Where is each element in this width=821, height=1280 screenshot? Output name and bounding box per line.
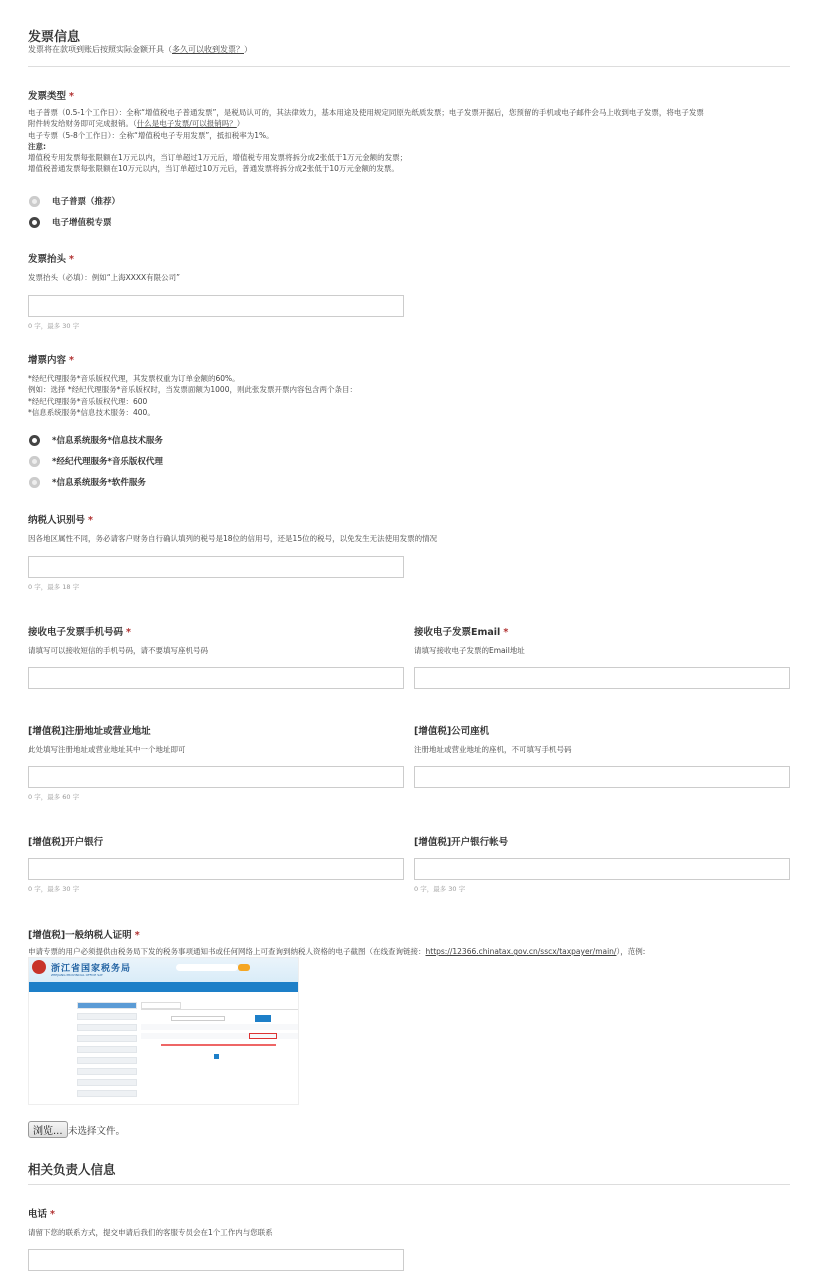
bank-account-label: [增值税]开户银行帐号 bbox=[414, 834, 508, 848]
reg-address-input[interactable] bbox=[28, 766, 404, 788]
e-invoice-faq-link[interactable]: 什么是电子发票/可以报销吗？ bbox=[137, 119, 237, 128]
label-text: 接收电子发票Email bbox=[414, 627, 500, 638]
contact-phone-input[interactable] bbox=[28, 1249, 404, 1271]
desc-text: 附件转发给财务即可完成报销。（ bbox=[28, 119, 137, 128]
radio-label: 电子增值税专票 bbox=[52, 216, 112, 228]
radio-option-e-normal[interactable]: 电子普票（推荐） bbox=[29, 195, 120, 207]
bank-account-input[interactable] bbox=[414, 858, 790, 880]
invoice-section-subtitle: 发票将在款项到账后按照实际金额开具（多久可以收到发票？） bbox=[28, 44, 252, 55]
email-receive-description: 请填写接收电子发票的Email地址 bbox=[414, 645, 525, 656]
radio-label: *经纪代理服务*音乐版权代理 bbox=[52, 455, 163, 467]
label-text: 发票抬头 bbox=[28, 254, 66, 265]
radio-option-e-special[interactable]: 电子增值税专票 bbox=[29, 216, 112, 228]
tax-bureau-emblem-icon bbox=[32, 960, 46, 974]
desc-line: 电子普票（0.5-1个工作日）：全称“增值税电子普通发票”，是税局认可的，其法律… bbox=[28, 107, 793, 118]
radio-unchecked-icon[interactable] bbox=[29, 196, 40, 207]
char-counter: 0 字，最多 30 字 bbox=[28, 321, 79, 330]
desc-text: ） bbox=[237, 119, 245, 128]
invoice-header-label: 发票抬头* bbox=[28, 251, 74, 265]
label-text: 接收电子发票手机号码 bbox=[28, 627, 123, 638]
reg-address-description: 此处填写注册地址或营业地址其中一个地址即可 bbox=[28, 744, 186, 755]
example-screenshot: 浙江省国家税务局 ZHEJIANG PROVINCIAL OFFICE SAT bbox=[28, 957, 299, 1105]
subtitle-end: ） bbox=[244, 45, 252, 54]
desc-line: *经纪代理服务*音乐版权代理，其发票权重为订单金额的60%。 bbox=[28, 373, 628, 384]
desc-line: 电子专票（5-8个工作日）：全称“增值税电子专用发票”，抵扣税率为1%。 bbox=[28, 130, 793, 141]
label-text: 增票内容 bbox=[28, 355, 66, 366]
radio-option-software-service[interactable]: *信息系统服务*软件服务 bbox=[29, 476, 146, 488]
reg-address-label: [增值税]注册地址或营业地址 bbox=[28, 723, 151, 737]
radio-checked-icon[interactable] bbox=[29, 435, 40, 446]
invoice-type-description: 电子普票（0.5-1个工作日）：全称“增值税电子普通发票”，是税局认可的，其法律… bbox=[28, 107, 793, 175]
taxpayer-query-link[interactable]: https://12366.chinatax.gov.cn/sscx/taxpa… bbox=[426, 947, 617, 956]
radio-unchecked-icon[interactable] bbox=[29, 477, 40, 488]
example-sidebar bbox=[77, 1002, 137, 1105]
phone-receive-description: 请填写可以接收短信的手机号码，请不要填写座机号码 bbox=[28, 645, 208, 656]
radio-option-music-copyright[interactable]: *经纪代理服务*音乐版权代理 bbox=[29, 455, 163, 467]
taxpayer-id-description: 因各地区属性不同，务必请客户财务自行确认填列的税号是18位的信用号，还是15位的… bbox=[28, 533, 437, 544]
label-text: 发票类型 bbox=[28, 91, 66, 102]
note-line: 增值税专用发票每张限额在1万元以内，当订单超过1万元后，增值税专用发票将拆分成2… bbox=[28, 152, 793, 163]
radio-label: *信息系统服务*信息技术服务 bbox=[52, 434, 163, 446]
radio-label: 电子普票（推荐） bbox=[52, 195, 120, 207]
taxpayer-cert-description: 申请专票的用户必须提供由税务局下发的税务事项通知书或任何网络上可查询到纳税人资格… bbox=[28, 946, 645, 957]
required-mark: * bbox=[503, 627, 508, 638]
taxpayer-cert-label: [增值税]一般纳税人证明* bbox=[28, 927, 140, 941]
invoice-content-label: 增票内容* bbox=[28, 352, 74, 366]
char-counter: 0 字，最多 60 字 bbox=[28, 792, 79, 801]
contact-phone-label: 电话* bbox=[28, 1206, 55, 1220]
note-line: 增值税普通发票每张限额在10万元以内，当订单超过10万元后，普通发票将拆分成2张… bbox=[28, 163, 793, 174]
required-mark: * bbox=[69, 355, 74, 366]
section-divider bbox=[28, 1184, 790, 1185]
required-mark: * bbox=[50, 1209, 55, 1220]
char-counter: 0 字，最多 30 字 bbox=[28, 884, 79, 893]
example-main bbox=[141, 1002, 299, 1105]
phone-receive-label: 接收电子发票手机号码* bbox=[28, 624, 131, 638]
delivery-time-link[interactable]: 多久可以收到发票？ bbox=[172, 45, 244, 54]
radio-checked-icon[interactable] bbox=[29, 217, 40, 228]
taxpayer-id-input[interactable] bbox=[28, 556, 404, 578]
email-receive-label: 接收电子发票Email* bbox=[414, 624, 508, 638]
radio-label: *信息系统服务*软件服务 bbox=[52, 476, 146, 488]
example-search-button bbox=[238, 964, 250, 971]
bank-input[interactable] bbox=[28, 858, 404, 880]
radio-option-it-service[interactable]: *信息系统服务*信息技术服务 bbox=[29, 434, 163, 446]
phone-receive-input[interactable] bbox=[28, 667, 404, 689]
desc-line: *经纪代理服务*音乐版权代理：600 bbox=[28, 396, 628, 407]
label-text: 纳税人识别号 bbox=[28, 515, 85, 526]
file-status: 未选择文件。 bbox=[68, 1123, 125, 1137]
company-phone-description: 注册地址或营业地址的座机，不可填写手机号码 bbox=[414, 744, 572, 755]
subtitle-text: 发票将在款项到账后按照实际金额开具（ bbox=[28, 45, 172, 54]
contact-phone-description: 请留下您的联系方式，提交申请后我们的客服专员会在1个工作内与您联系 bbox=[28, 1227, 273, 1238]
invoice-content-description: *经纪代理服务*音乐版权代理，其发票权重为订单金额的60%。 例如：选择 *经纪… bbox=[28, 373, 628, 418]
example-subtitle: ZHEJIANG PROVINCIAL OFFICE SAT bbox=[51, 973, 103, 977]
required-mark: * bbox=[135, 930, 140, 941]
invoice-header-description: 发票抬头（必填）：例如“上海XXXX有限公司” bbox=[28, 272, 180, 283]
note-title: 注意: bbox=[28, 141, 793, 152]
required-mark: * bbox=[69, 91, 74, 102]
invoice-type-label: 发票类型* bbox=[28, 88, 74, 102]
bank-label: [增值税]开户银行 bbox=[28, 834, 103, 848]
desc-line: *信息系统服务*信息技术服务：400。 bbox=[28, 407, 628, 418]
required-mark: * bbox=[69, 254, 74, 265]
company-phone-label: [增值税]公司座机 bbox=[414, 723, 489, 737]
label-text: [增值税]一般纳税人证明 bbox=[28, 930, 132, 941]
email-receive-input[interactable] bbox=[414, 667, 790, 689]
company-phone-input[interactable] bbox=[414, 766, 790, 788]
char-counter: 0 字，最多 18 字 bbox=[28, 582, 79, 591]
invoice-header-input[interactable] bbox=[28, 295, 404, 317]
required-mark: * bbox=[126, 627, 131, 638]
section-divider bbox=[28, 66, 790, 67]
taxpayer-id-label: 纳税人识别号* bbox=[28, 512, 93, 526]
desc-line: 附件转发给财务即可完成报销。（什么是电子发票/可以报销吗？） bbox=[28, 118, 793, 129]
desc-text: ），范例: bbox=[616, 947, 645, 956]
desc-text: 申请专票的用户必须提供由税务局下发的税务事项通知书或任何网络上可查询到纳税人资格… bbox=[28, 947, 426, 956]
required-mark: * bbox=[88, 515, 93, 526]
example-header: 浙江省国家税务局 ZHEJIANG PROVINCIAL OFFICE SAT bbox=[29, 958, 299, 982]
example-nav-bar bbox=[29, 982, 299, 992]
char-counter: 0 字，最多 30 字 bbox=[414, 884, 465, 893]
desc-line: 例如：选择 *经纪代理服务*音乐版权时，当发票面额为1000，则此张发票开票内容… bbox=[28, 384, 628, 395]
invoice-section-title: 发票信息 bbox=[28, 26, 80, 45]
contact-section-title: 相关负责人信息 bbox=[28, 1160, 116, 1178]
example-highlight-box bbox=[249, 1033, 277, 1039]
radio-unchecked-icon[interactable] bbox=[29, 456, 40, 467]
browse-file-button[interactable]: 浏览... bbox=[28, 1121, 68, 1138]
example-search-box bbox=[176, 964, 238, 971]
label-text: 电话 bbox=[28, 1209, 47, 1220]
